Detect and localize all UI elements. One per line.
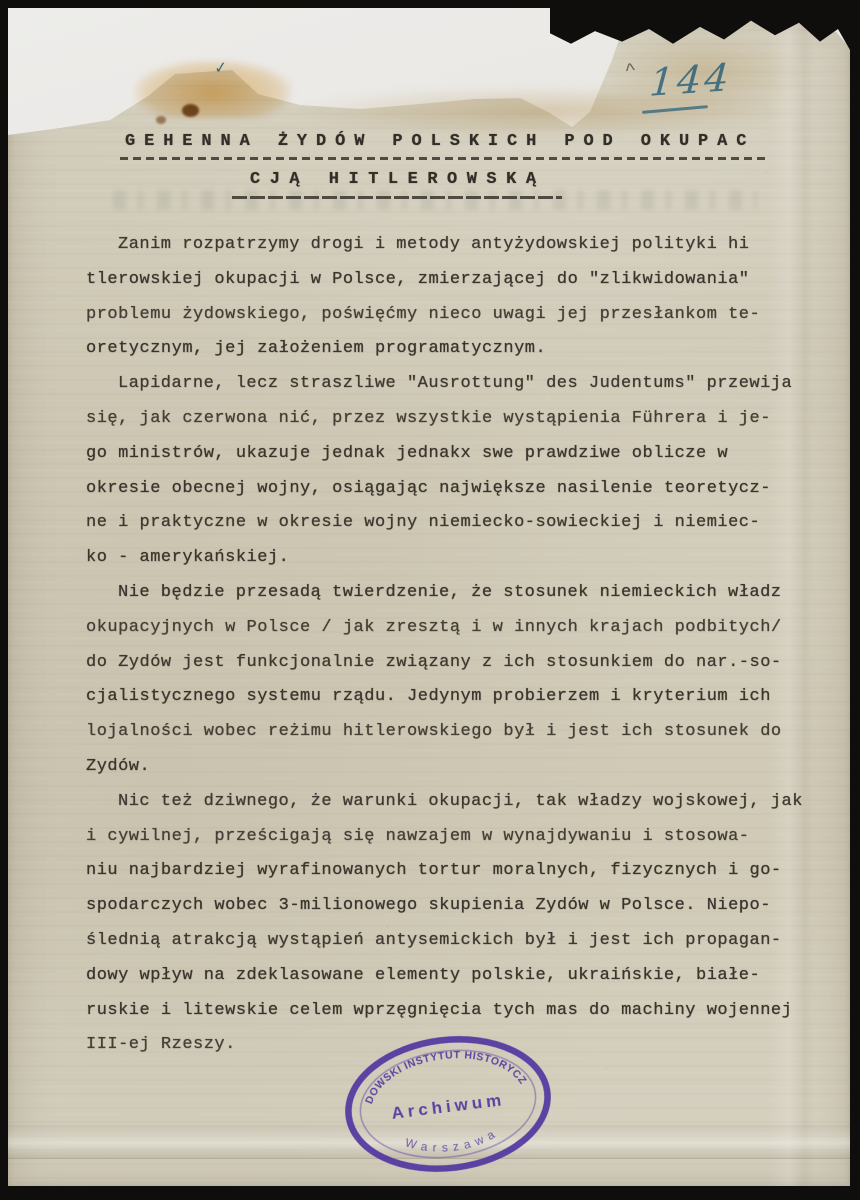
stamp-center-text: Archiwum bbox=[390, 1090, 506, 1123]
text-line: go ministrów, ukazuje jednak jednakx swe… bbox=[86, 437, 826, 472]
text-line: Lapidarne, lecz straszliwe "Ausrottung" … bbox=[86, 367, 826, 402]
text-line: i cywilnej, prześcigają się nawzajem w w… bbox=[86, 820, 826, 855]
text-line: Nie będzie przesadą twierdzenie, że stos… bbox=[86, 576, 826, 611]
text-line: oretycznym, jej założeniem programatyczn… bbox=[86, 332, 826, 367]
text-line: ne i praktyczne w okresie wojny niemieck… bbox=[86, 506, 826, 541]
page-number-underline bbox=[642, 105, 708, 114]
text-line: Nic też dziwnego, że warunki okupacji, t… bbox=[86, 785, 826, 820]
title-underline-solid bbox=[232, 196, 562, 199]
text-line: Zydów. bbox=[86, 750, 826, 785]
check-mark: ✓ bbox=[213, 57, 228, 77]
text-line: okupacyjnych w Polsce / jak zresztą i w … bbox=[86, 611, 826, 646]
archive-stamp: ŻYDOWSKI INSTYTUT HISTORYCZNY Archiwum W… bbox=[334, 1022, 561, 1187]
caret-mark: ^ bbox=[624, 59, 637, 83]
title-underline-dashed bbox=[120, 157, 770, 160]
text-line: ruskie i litewskie celem wprzęgnięcia ty… bbox=[86, 994, 826, 1029]
text-line: cjalistycznego systemu rządu. Jedynym pr… bbox=[86, 680, 826, 715]
text-line: dowy wpływ na zdeklasowane elementy pols… bbox=[86, 959, 826, 994]
text-line: lojalności wobec reżimu hitlerowskiego b… bbox=[86, 715, 826, 750]
handwritten-page-number: 144 bbox=[648, 55, 733, 105]
document-paper: GEHENNA ŻYDÓW POLSKICH POD OKUPAC CJĄ HI… bbox=[8, 8, 850, 1186]
text-line: tlerowskiej okupacji w Polsce, zmierzają… bbox=[86, 263, 826, 298]
text-line: spodarczych wobec 3-milionowego skupieni… bbox=[86, 889, 826, 924]
text-line: ko - amerykańskiej. bbox=[86, 541, 826, 576]
document-title-line2: CJĄ HITLEROWSKĄ bbox=[250, 170, 546, 189]
scanned-document: GEHENNA ŻYDÓW POLSKICH POD OKUPAC CJĄ HI… bbox=[8, 8, 850, 1186]
document-title-line1: GEHENNA ŻYDÓW POLSKICH POD OKUPAC bbox=[125, 132, 755, 151]
text-line: się, jak czerwona nić, przez wszystkie w… bbox=[86, 402, 826, 437]
stamp-bottom-text: Warszawa bbox=[402, 1124, 503, 1160]
text-line: okresie obecnej wojny, osiągając najwięk… bbox=[86, 472, 826, 507]
text-line: problemu żydowskiego, poświęćmy nieco uw… bbox=[86, 298, 826, 333]
body-text: Zanim rozpatrzymy drogi i metody antyżyd… bbox=[86, 228, 826, 1063]
text-line: ślednią atrakcją wystąpień antysemickich… bbox=[86, 924, 826, 959]
text-line: Zanim rozpatrzymy drogi i metody antyżyd… bbox=[86, 228, 826, 263]
bleed-through-text bbox=[113, 190, 758, 210]
text-line: do Zydów jest funkcjonalnie związany z i… bbox=[86, 646, 826, 681]
text-line: niu najbardziej wyrafinowanych tortur mo… bbox=[86, 854, 826, 889]
